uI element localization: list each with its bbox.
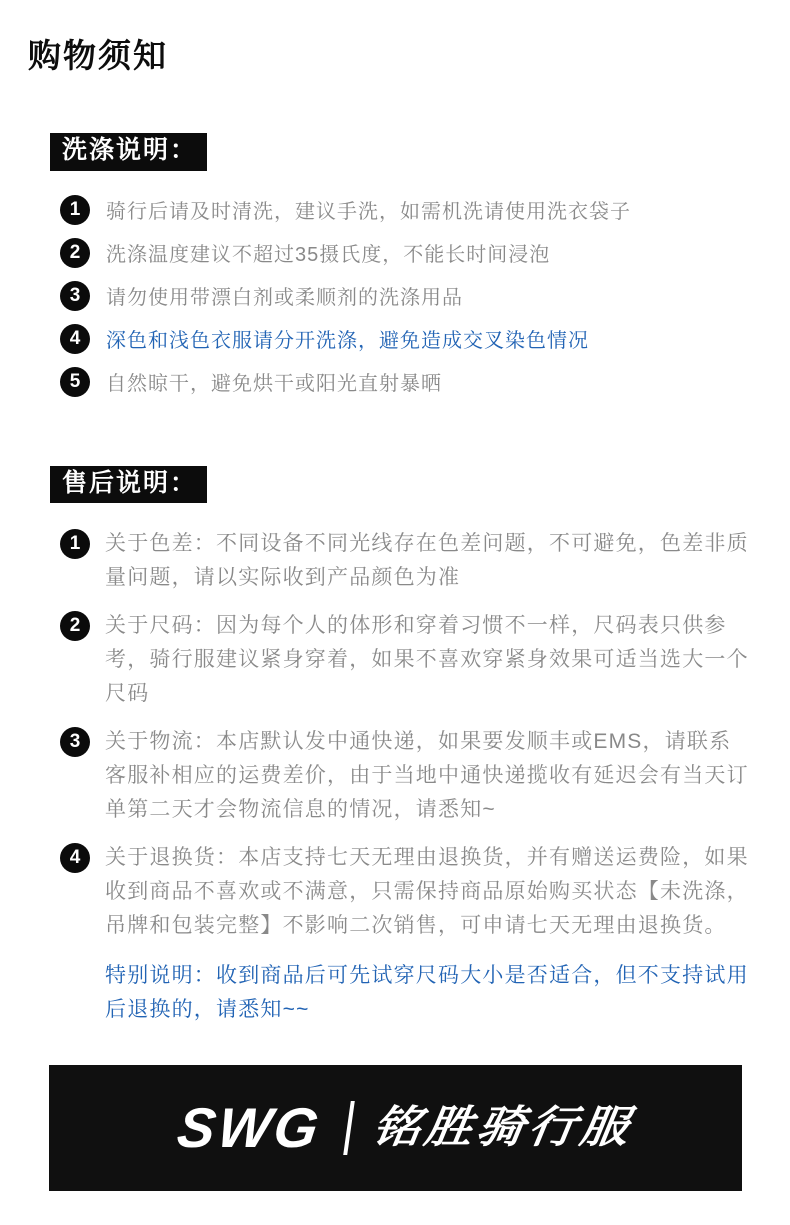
aftersale-section-header: 售后说明： [50,466,207,504]
brand-logo-en: SWG [174,1100,325,1156]
number-badge-icon: 3 [60,727,90,757]
list-item: 5 自然晾干，避免烘干或阳光直射暴晒 [60,367,790,397]
number-badge-icon: 1 [60,529,90,559]
list-item: 2 关于尺码：因为每个人的体形和穿着习惯不一样，尺码表只供参考，骑行服建议紧身穿… [60,609,790,711]
list-item: 4 关于退换货：本店支持七天无理由退换货，并有赠送运费险，如果收到商品不喜欢或不… [60,841,790,943]
brand-footer-banner: SWG 铭胜骑行服 [49,1065,742,1191]
number-badge-icon: 4 [60,843,90,873]
aftersale-notes-list: 1 关于色差：不同设备不同光线存在色差问题，不可避免，色差非质量问题，请以实际收… [60,527,790,1027]
aftersale-item-text: 关于物流：本店默认发中通快递，如果要发顺丰或EMS，请联系客服补相应的运费差价，… [105,725,753,827]
list-item: 1 关于色差：不同设备不同光线存在色差问题，不可避免，色差非质量问题，请以实际收… [60,527,790,595]
page-title: 购物须知 [28,0,790,77]
aftersale-item-text: 关于尺码：因为每个人的体形和穿着习惯不一样，尺码表只供参考，骑行服建议紧身穿着，… [105,609,753,711]
number-badge-icon: 3 [60,281,90,311]
number-badge-icon: 1 [60,195,90,225]
special-note-text: 特别说明：收到商品后可先试穿尺码大小是否适合，但不支持试用后退换的，请悉知~~ [105,959,753,1027]
wash-section-header: 洗涤说明： [50,133,207,171]
wash-item-text: 请勿使用带漂白剂或柔顺剂的洗涤用品 [106,281,463,310]
list-item-highlighted: 4 深色和浅色衣服请分开洗涤，避免造成交叉染色情况 [60,324,790,354]
number-badge-icon: 2 [60,238,90,268]
wash-instructions-list: 1 骑行后请及时清洗，建议手洗，如需机洗请使用洗衣袋子 2 洗涤温度建议不超过3… [60,195,790,397]
brand-logo: SWG 铭胜骑行服 [174,1100,617,1156]
list-item: 1 骑行后请及时清洗，建议手洗，如需机洗请使用洗衣袋子 [60,195,790,225]
wash-item-text: 骑行后请及时清洗，建议手洗，如需机洗请使用洗衣袋子 [106,195,631,224]
wash-item-text: 洗涤温度建议不超过35摄氏度，不能长时间浸泡 [106,238,550,267]
aftersale-item-text: 关于退换货：本店支持七天无理由退换货，并有赠送运费险，如果收到商品不喜欢或不满意… [105,841,753,943]
list-item: 3 请勿使用带漂白剂或柔顺剂的洗涤用品 [60,281,790,311]
wash-item-text: 自然晾干，避免烘干或阳光直射暴晒 [106,367,442,396]
aftersale-item-text: 关于色差：不同设备不同光线存在色差问题，不可避免，色差非质量问题，请以实际收到产… [105,527,753,595]
number-badge-icon: 4 [60,324,90,354]
list-item: 3 关于物流：本店默认发中通快递，如果要发顺丰或EMS，请联系客服补相应的运费差… [60,725,790,827]
brand-logo-cn: 铭胜骑行服 [370,1106,635,1150]
logo-divider-bar [343,1101,355,1155]
number-badge-icon: 2 [60,611,90,641]
list-item: 2 洗涤温度建议不超过35摄氏度，不能长时间浸泡 [60,238,790,268]
shopping-notice-page: 购物须知 洗涤说明： 1 骑行后请及时清洗，建议手洗，如需机洗请使用洗衣袋子 2… [0,0,790,1225]
wash-item-text: 深色和浅色衣服请分开洗涤，避免造成交叉染色情况 [106,324,589,353]
number-badge-icon: 5 [60,367,90,397]
